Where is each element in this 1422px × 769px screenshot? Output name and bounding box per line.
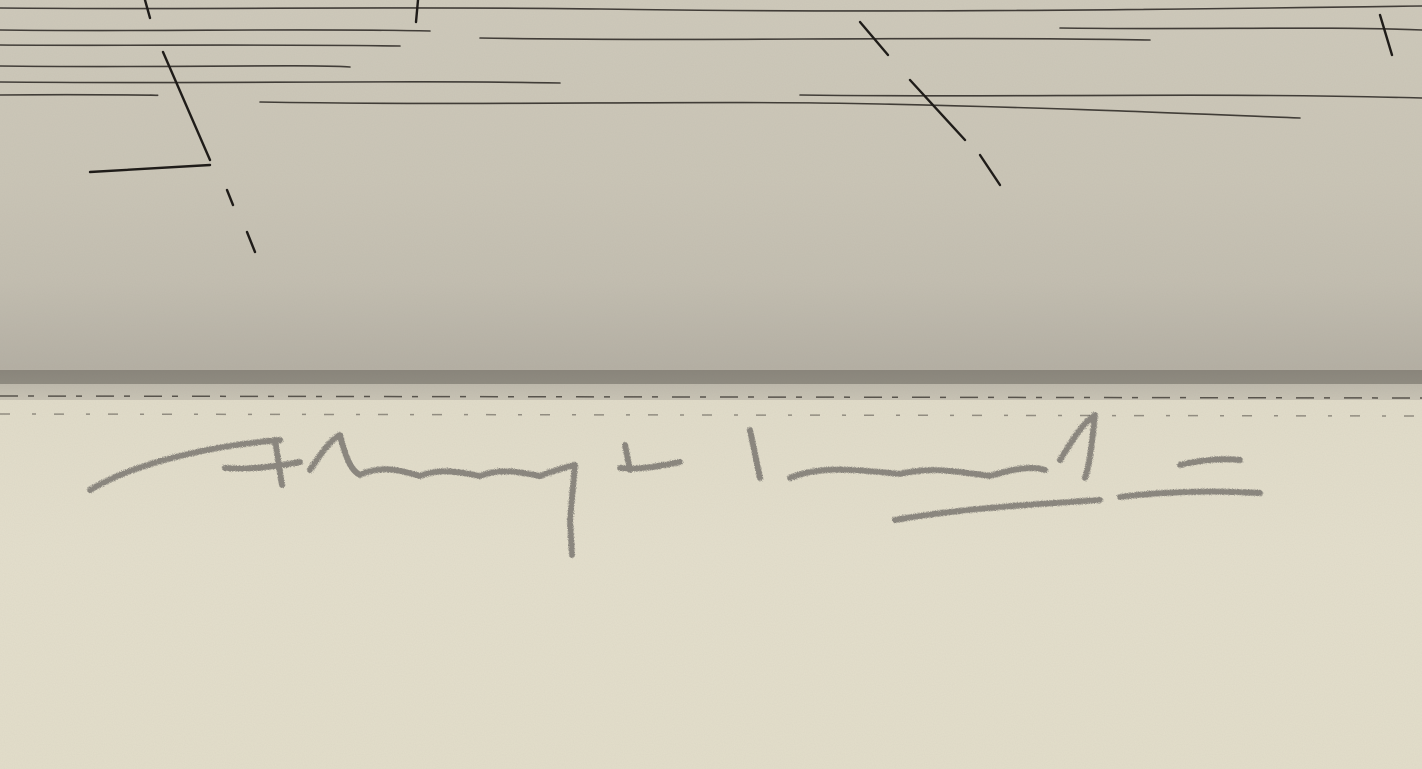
etching-photograph — [0, 0, 1422, 769]
etched-lines — [0, 0, 1422, 769]
